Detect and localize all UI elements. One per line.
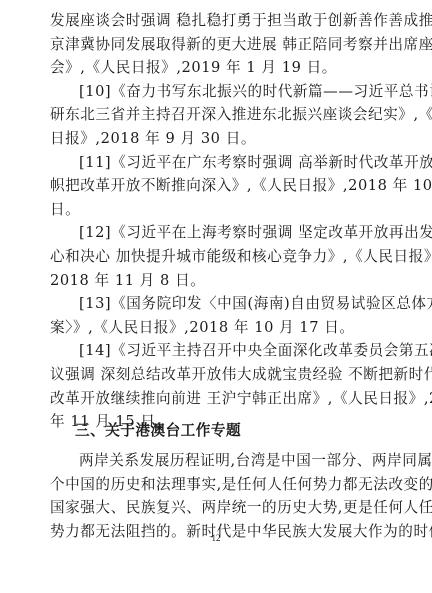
page-number: 12 <box>0 533 432 543</box>
text-line: 案〉》,《人民日报》,2018 年 10 月 17 日。 <box>50 318 378 338</box>
text-line: 日报》,2018 年 9 月 30 日。 <box>50 129 378 149</box>
text-line: 会》,《人民日报》,2019 年 1 月 19 日。 <box>50 58 378 78</box>
text-line: 两岸关系发展历程证明,台湾是中国一部分、两岸同属一 <box>79 451 378 471</box>
text-line: 日。 <box>50 200 378 220</box>
text-line: 帜把改革开放不断推向深入》,《人民日报》,2018 年 10 月 26 <box>50 176 378 196</box>
text-line: 国家强大、民族复兴、两岸统一的历史大势,更是任何人任何 <box>50 498 378 518</box>
text-line: [10]《奋力书写东北振兴的时代新篇——习近平总书记调 <box>79 82 378 102</box>
section-heading: 三、关于港澳台工作专题 <box>75 421 241 441</box>
text-line: 心和决心 加快提升城市能级和核心竞争力》,《人民日报》, <box>50 247 378 267</box>
text-line: 改革开放继续推向前进 王沪宁韩正出席》,《人民日报》,2018 <box>50 389 378 409</box>
document-page: 发展座谈会时强调 稳扎稳打勇于担当敢于创新善作善成推动京津冀协同发展取得新的更大… <box>0 0 432 593</box>
text-line: [12]《习近平在上海考察时强调 坚定改革开放再出发信 <box>79 223 378 243</box>
text-line: 发展座谈会时强调 稳扎稳打勇于担当敢于创新善作善成推动 <box>50 11 378 31</box>
text-line: 京津冀协同发展取得新的更大进展 韩正陪同考察并出席座谈 <box>50 35 378 55</box>
text-line: [13]《国务院印发〈中国(海南)自由贸易试验区总体方 <box>79 294 378 314</box>
text-line: 个中国的历史和法理事实,是任何人任何势力都无法改变的; <box>50 475 378 495</box>
text-line: 研东北三省并主持召开深入推进东北振兴座谈会纪实》,《人民 <box>50 105 378 125</box>
text-line: 2018 年 11 月 8 日。 <box>50 271 378 291</box>
text-line: [14]《习近平主持召开中央全面深化改革委员会第五次会 <box>79 341 378 361</box>
text-line: 议强调 深刻总结改革开放伟大成就宝贵经验 不断把新时代 <box>50 365 378 385</box>
text-line: [11]《习近平在广东考察时强调 高举新时代改革开放旗 <box>79 153 378 173</box>
